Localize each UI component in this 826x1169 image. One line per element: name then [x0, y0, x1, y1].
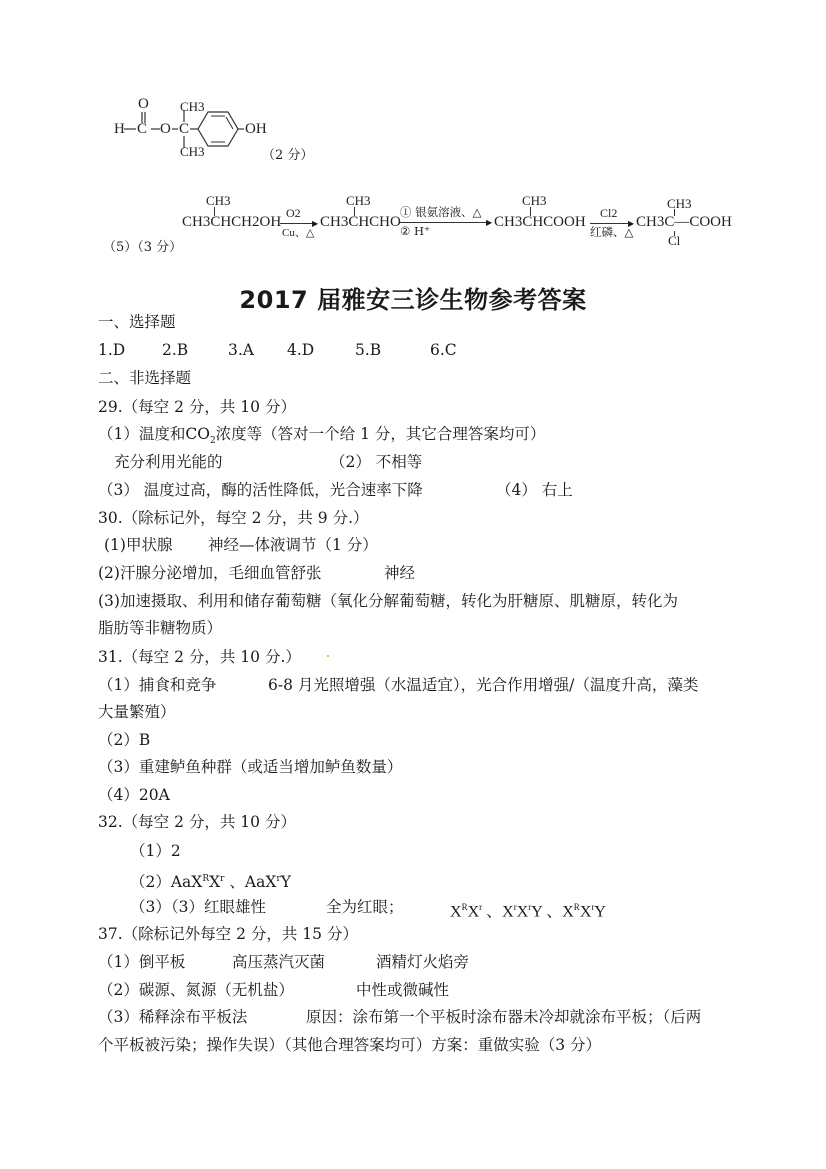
mc-answer-4: 4.D: [287, 340, 314, 360]
genotype-text: Y: [281, 873, 291, 891]
mc-answer-1: 1.D: [98, 341, 125, 359]
q31-line-5: （4）20A: [98, 785, 170, 805]
mc-answer-6: 6.C: [430, 340, 457, 360]
q30-header: 30.（除标记外，每空 2 分，共 9 分.）: [98, 508, 369, 528]
q31-line-1: （1）捕食和竞争 6-8 月光照增强（水温适宜），光合作用增强/（温度升高，藻类: [98, 675, 216, 695]
q31-answer-1a: （1）捕食和竞争: [98, 676, 216, 694]
product-aldehyde: CH3CHCHO: [320, 214, 401, 231]
mc-answer-3: 3.A: [228, 340, 254, 360]
q30-line-1: (1)甲状腺 神经—体液调节（1 分）: [104, 535, 172, 555]
hydrogen-label: H: [114, 121, 125, 138]
center-carbon: C: [179, 121, 189, 138]
q29-answer-4: （4） 右上: [496, 480, 573, 500]
q32-line-2: （2）AaXRXr 、AaXrY: [130, 869, 291, 892]
aldehyde-branch: CH3: [346, 193, 371, 209]
genotype-text: X: [517, 903, 529, 920]
q31-answer-1b: 6-8 月光照增强（水温适宜），光合作用增强/（温度升高，藻类: [268, 675, 698, 695]
methyl-top: CH3: [180, 99, 205, 115]
q30-answer-2a: (2)汗腺分泌增加，毛细血管舒张: [98, 564, 321, 582]
ester-oxygen: O: [160, 121, 171, 138]
q32-line-3: （3）（3）红眼雄性 全为红眼； XRXr 、XrXrY 、XRXrY: [130, 897, 266, 917]
reagent-o2: O2: [286, 206, 301, 221]
q31-header: 31.（每空 2 分，共 10 分.）: [98, 647, 301, 667]
q31-line-3: （2）B: [98, 730, 150, 750]
q32-answer-3a: （3）（3）红眼雄性: [130, 898, 266, 916]
q29-answer-2: （2） 不相等: [330, 452, 422, 472]
q30-line-4: 脂肪等非糖物质）: [98, 618, 222, 638]
q32-genotypes: XRXr 、XrXrY 、XRXrY: [450, 897, 606, 922]
genotype-text: Y 、X: [531, 903, 574, 920]
carbon-label: C: [137, 121, 147, 138]
question-5-label: （5）（3 分）: [103, 236, 182, 255]
mc-answer-5: 5.B: [355, 340, 381, 360]
stray-mark: [327, 655, 329, 657]
reagent-silver-ammonia: ① 银氨溶液、△: [400, 204, 482, 220]
genotype-text: X: [468, 903, 480, 920]
q37-header: 37.（除标记外每空 2 分，共 15 分）: [98, 924, 358, 944]
q29-answer-1b: 充分利用光能的: [114, 453, 223, 471]
q29-line-3: （3） 温度过高，酶的活性降低，光合速率下降 （4） 右上: [98, 480, 423, 500]
q37-answer-1b: 高压蒸汽灭菌: [232, 952, 325, 972]
reagent-red-phosphorus: 红磷、△: [590, 224, 633, 240]
q29-header: 29.（每空 2 分，共 10 分）: [98, 397, 296, 417]
reagent-acid: ② H⁺: [400, 224, 430, 238]
q37-line-4: 个平板被污染；操作失误）（其他合理答案均可）方案：重做实验（3 分）: [98, 1035, 601, 1055]
q30-line-2: (2)汗腺分泌增加，毛细血管舒张 神经: [98, 563, 321, 583]
reagent-cu: Cu、△: [282, 224, 314, 240]
genotype-text: X: [209, 873, 220, 891]
carbonyl-oxygen: O: [138, 96, 149, 113]
genotype-text: （2）AaX: [130, 873, 202, 891]
mc-answers: 1.D 2.B 3.A 4.D 5.B 6.C: [98, 340, 125, 360]
hydroxyl-label: OH: [245, 121, 267, 138]
q37-answer-1a: （1）倒平板: [98, 953, 185, 971]
q30-answer-2b: 神经: [384, 563, 415, 583]
final-product: CH3C—COOH: [636, 214, 732, 231]
q29-answer-1-note: 浓度等（答对一个给 1 分，其它合理答案均可）: [216, 425, 546, 443]
reagent-cl2: Cl2: [600, 206, 617, 221]
q32-answer-3b: 全为红眼；: [326, 897, 404, 917]
arrowhead-icon: ▶: [486, 218, 492, 227]
q37-line-2: （2）碳源、氮源（无机盐） 中性或微碱性: [98, 980, 294, 1000]
genotype-text: 、X: [482, 903, 514, 920]
reactant-alcohol: CH3CHCH2OH: [182, 214, 281, 231]
q37-line-3: （3）稀释涂布平板法 原因：涂布第一个平板时涂布器未冷却就涂布平板；（后两: [98, 1007, 247, 1027]
arrow-2: [400, 222, 490, 223]
mc-answer-2: 2.B: [162, 340, 188, 360]
product-acid: CH3CHCOOH: [494, 214, 586, 231]
genotype-text: X: [450, 903, 462, 920]
q37-answer-1c: 酒精灯火焰旁: [376, 952, 469, 972]
q32-line-1: （1）2: [130, 841, 181, 861]
score-label: （2 分）: [262, 144, 313, 163]
final-chlorine: Cl: [668, 233, 680, 249]
final-methyl: CH3: [667, 196, 692, 212]
page-title: 2017 届雅安三诊生物参考答案: [0, 280, 826, 315]
genotype-text: Y: [594, 903, 606, 920]
q37-answer-2b: 中性或微碱性: [356, 980, 449, 1000]
methyl-bottom: CH3: [180, 144, 205, 160]
q29-line-1: （1）温度和CO2浓度等（答对一个给 1 分，其它合理答案均可）: [98, 424, 545, 451]
q29-answer-1: （1）温度和CO: [98, 425, 210, 443]
q37-line-1: （1）倒平板 高压蒸汽灭菌 酒精灯火焰旁: [98, 952, 185, 972]
q37-answer-2a: （2）碳源、氮源（无机盐）: [98, 981, 294, 999]
q37-answer-3a: （3）稀释涂布平板法: [98, 1008, 247, 1026]
q37-answer-3b: 原因：涂布第一个平板时涂布器未冷却就涂布平板；（后两: [306, 1007, 701, 1027]
q30-line-3: (3)加速摄取、利用和储存葡萄糖（氧化分解葡萄糖，转化为肝糖原、肌糖原，转化为: [98, 591, 678, 611]
q30-answer-1a: (1)甲状腺: [104, 536, 172, 554]
acid-branch: CH3: [522, 193, 547, 209]
genotype-text: 、AaX: [224, 873, 276, 891]
mc-heading: 一、选择题: [98, 312, 176, 332]
nonmc-heading: 二、非选择题: [98, 368, 191, 388]
q29-answer-3: （3） 温度过高，酶的活性降低，光合速率下降: [98, 481, 423, 499]
q31-line-4: （3）重建鲈鱼种群（或适当增加鲈鱼数量）: [98, 757, 402, 777]
reactant-branch: CH3: [206, 193, 231, 209]
q32-header: 32.（每空 2 分，共 10 分）: [98, 812, 296, 832]
q30-answer-1b: 神经—体液调节（1 分）: [208, 535, 378, 555]
q29-line-2: 充分利用光能的 （2） 不相等: [114, 452, 223, 472]
genotype-text: X: [580, 903, 592, 920]
q31-line-2: 大量繁殖）: [98, 702, 176, 722]
